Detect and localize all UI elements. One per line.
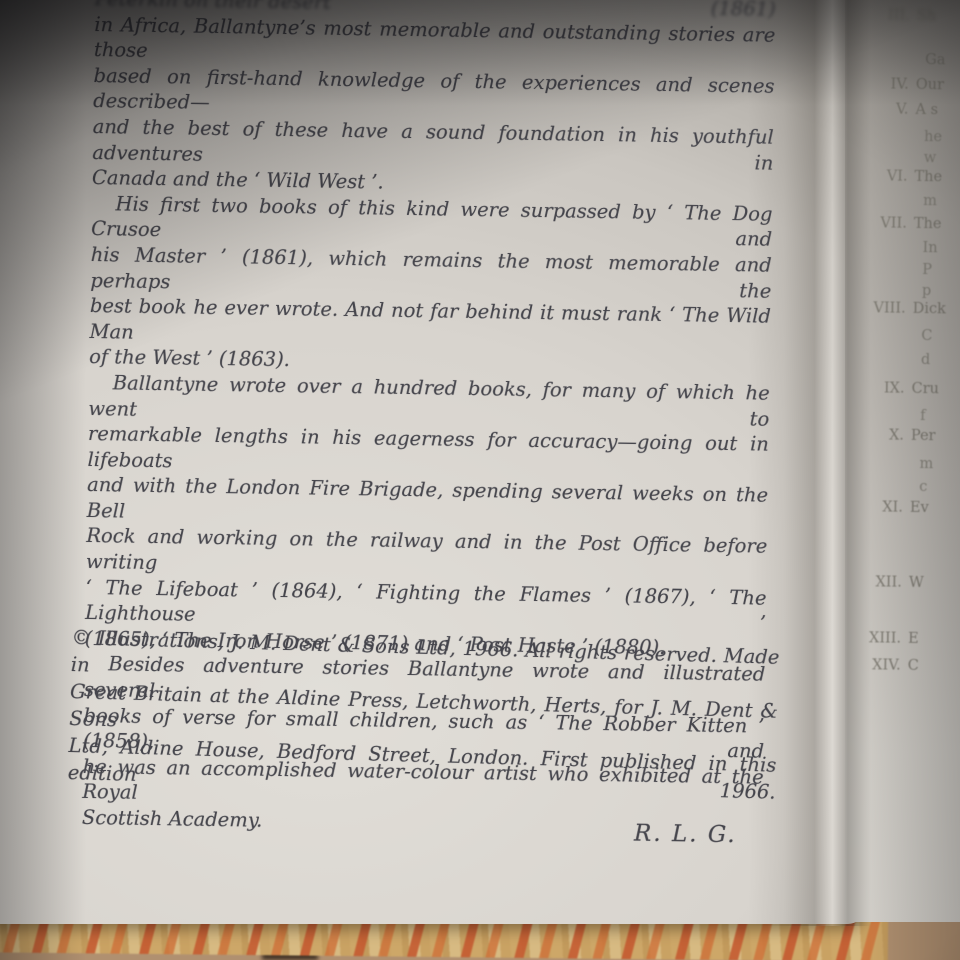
contents-subline-fragment: P <box>922 261 932 280</box>
imprint-block: © Illustrations, J. M. Dent & Sons Ltd, … <box>67 624 779 806</box>
contents-numeral: IV. <box>855 75 909 95</box>
contents-numeral: XIV. <box>847 656 901 676</box>
contents-entry: V.A s <box>854 100 960 122</box>
contents-subline-fragment: m <box>923 192 937 211</box>
contents-subline-fragment: w <box>924 149 937 168</box>
contents-fragment: The <box>914 168 942 187</box>
contents-subline-fragment: c <box>919 478 927 497</box>
contents-entry: VI.The <box>853 167 960 189</box>
contents-numeral: XII. <box>848 573 902 593</box>
contents-fragment: Per <box>911 427 936 446</box>
contents-numeral: VII. <box>853 214 907 234</box>
contents-subline-fragment: m <box>919 455 933 474</box>
contents-fragment: A s <box>915 101 938 120</box>
contents-entry: VII.The <box>853 214 960 236</box>
contents-entry: IX.Cru <box>850 379 960 401</box>
contents-entry: III.Sh <box>856 6 960 28</box>
contents-fragment: Our <box>916 76 944 95</box>
contents-numeral: X. <box>850 426 904 446</box>
contents-fragment: The <box>914 215 942 234</box>
contents-entry: VIII.Dick <box>852 299 960 321</box>
contents-entry: XI.Ev <box>849 498 960 520</box>
contents-numeral: III. <box>856 6 910 26</box>
contents-entry: XII.W <box>848 573 960 595</box>
contents-subline-fragment: C <box>921 327 932 346</box>
contents-fragment: Ev <box>910 499 929 518</box>
contents-numeral: V. <box>854 100 908 120</box>
contents-numeral: IX. <box>850 379 904 399</box>
contents-numeral: VIII. <box>852 299 906 319</box>
facing-page-contents: III.ShGaIV.OurV.A shewVI.ThemVII.TheInPp… <box>843 0 960 933</box>
book-photo: Peterkin on their desert (1861) in Afric… <box>0 0 960 960</box>
contents-entry: XIII.E <box>847 629 960 651</box>
contents-subline-fragment: f <box>920 407 926 426</box>
contents-fragment: W <box>909 574 924 593</box>
contents-fragment: Sh <box>917 7 937 26</box>
contents-numeral: XI. <box>849 498 903 518</box>
contents-subline-fragment: d <box>921 351 931 370</box>
contents-numeral: VI. <box>853 167 907 187</box>
contents-subline-fragment: Ga <box>925 51 945 70</box>
contents-subline-fragment: he <box>924 128 942 147</box>
contents-fragment: C <box>908 657 919 676</box>
contents-subline-fragment: p <box>922 282 932 301</box>
contents-entry: IV.Our <box>855 75 960 97</box>
contents-fragment: Dick <box>913 300 946 319</box>
clipped-top-line-year: (1861) <box>711 0 776 22</box>
contents-entry: XIV.C <box>847 656 960 678</box>
contents-numeral: XIII. <box>847 629 901 649</box>
contents-fragment: Cru <box>911 380 939 399</box>
contents-entry: X.Per <box>850 426 960 448</box>
contents-fragment: E <box>908 630 919 649</box>
contents-subline-fragment: In <box>922 239 937 258</box>
